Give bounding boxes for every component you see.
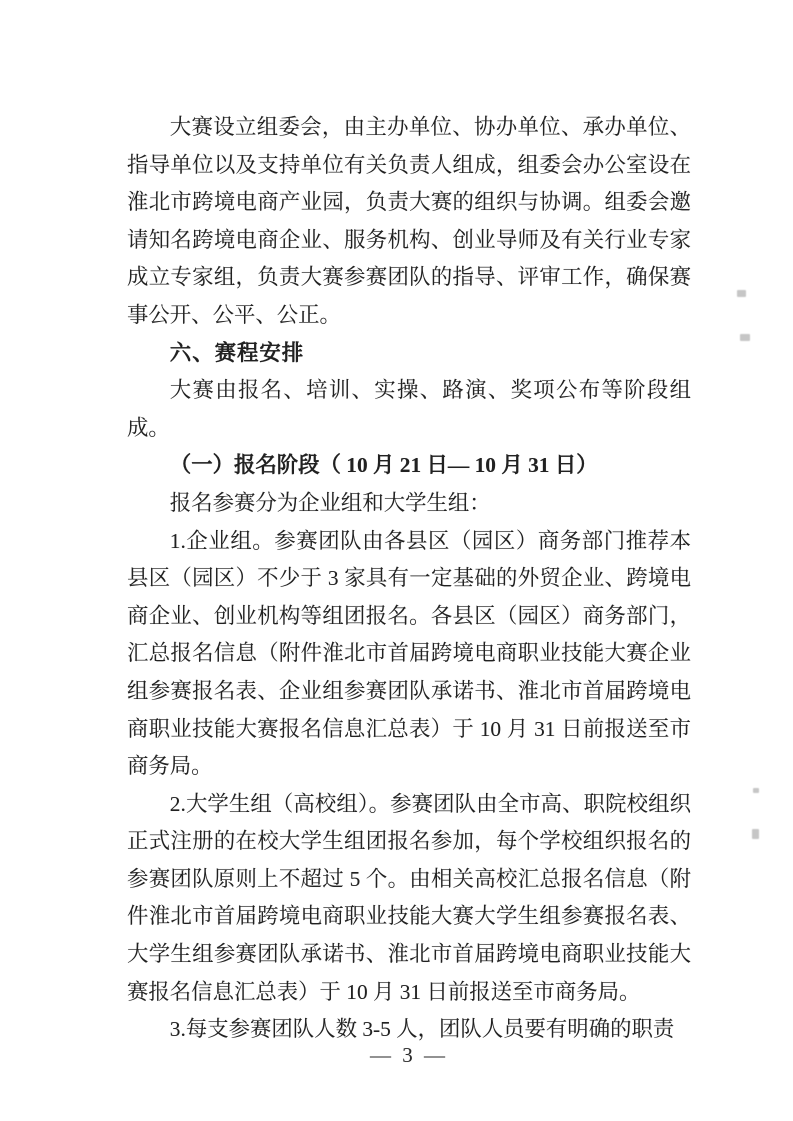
paragraph-student-group: 2.大学生组（高校组）。参赛团队由全市高、职院校组织正式注册的在校大学生组团报名… <box>127 786 691 1012</box>
paragraph-enterprise-group: 1.企业组。参赛团队由各县区（园区）商务部门推荐本县区（园区）不少于 3 家具有… <box>127 523 691 786</box>
paragraph-stages: 大赛由报名、培训、实操、路演、奖项公布等阶段组成。 <box>127 372 691 447</box>
scan-artifact <box>737 290 746 297</box>
page-number: — 3 — <box>127 1043 691 1068</box>
scan-artifact <box>752 829 759 839</box>
document-body: 大赛设立组委会，由主办单位、协办单位、承办单位、指导单位以及支持单位有关负责人组… <box>127 109 691 1049</box>
subsection-heading-registration-phase: （一）报名阶段（ 10 月 21 日— 10 月 31 日） <box>127 447 691 485</box>
paragraph-group-types: 报名参赛分为企业组和大学生组： <box>127 485 691 523</box>
section-heading-schedule: 六、赛程安排 <box>127 335 691 373</box>
scan-artifact <box>740 334 750 341</box>
scan-artifact <box>753 788 759 793</box>
document-page: 大赛设立组委会，由主办单位、协办单位、承办单位、指导单位以及支持单位有关负责人组… <box>0 0 793 1121</box>
paragraph-organizing-committee: 大赛设立组委会，由主办单位、协办单位、承办单位、指导单位以及支持单位有关负责人组… <box>127 109 691 335</box>
